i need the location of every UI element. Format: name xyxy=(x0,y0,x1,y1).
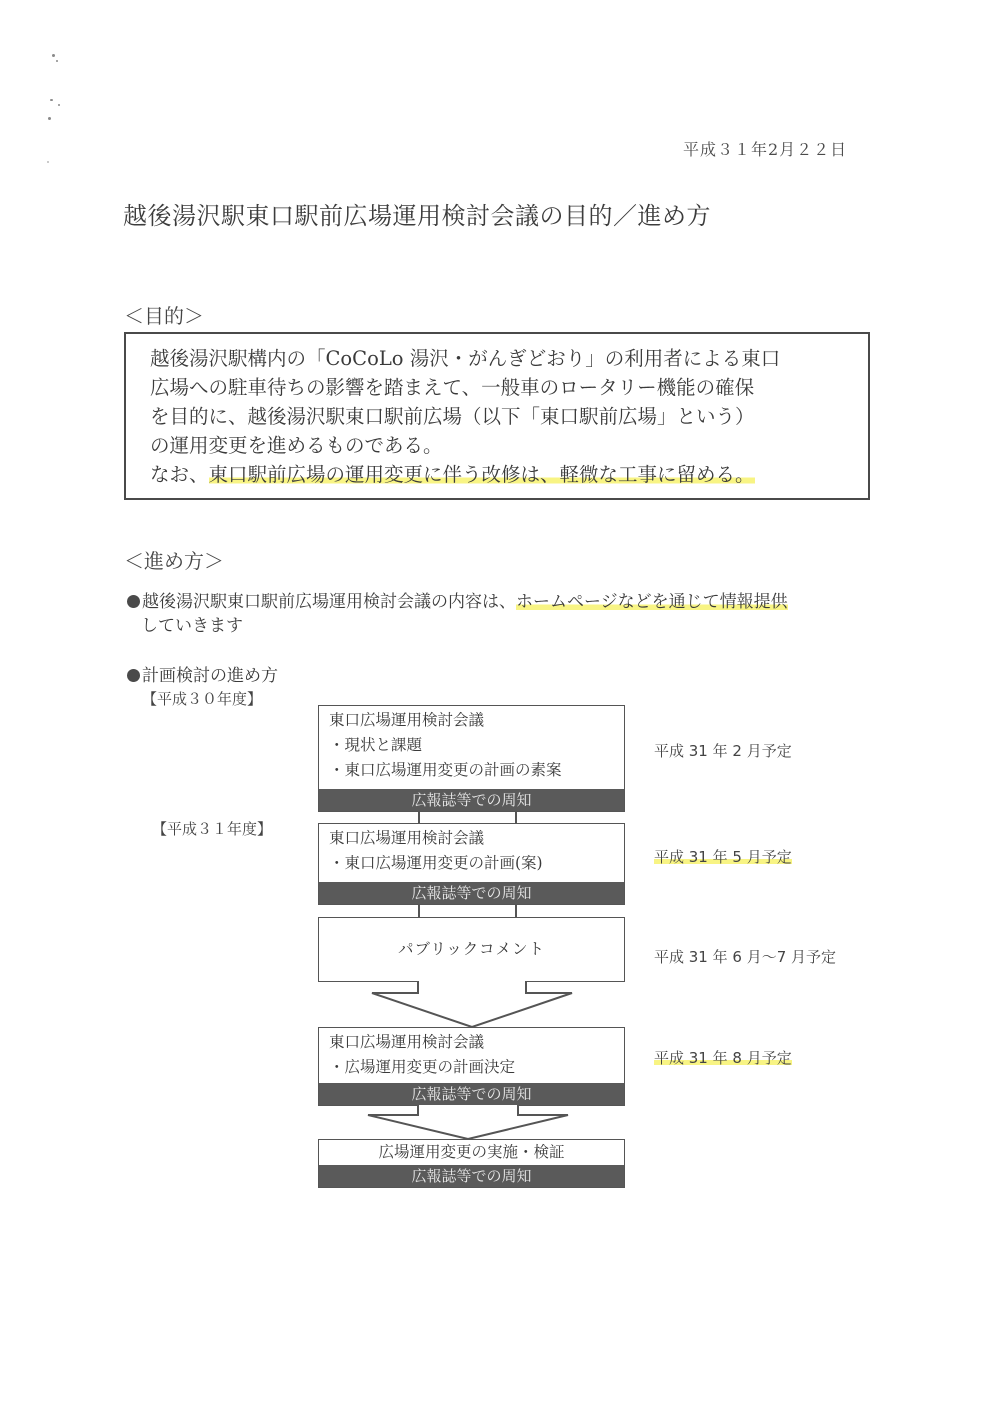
down-arrow-icon xyxy=(370,981,574,1028)
step-title: 広場運用変更の実施・検証 xyxy=(319,1140,624,1164)
schedule-step-1: 平成 31 年 2 月予定 xyxy=(654,740,792,761)
flow-step-4: 東口広場運用検討会議 ・広場運用変更の計画決定 広報誌等での周知 xyxy=(318,1027,625,1106)
bullet-icon xyxy=(127,669,140,682)
approach-bullet-1: 越後湯沢駅東口駅前広場運用検討会議の内容は、ホームページなどを通じて情報提供 し… xyxy=(127,590,897,638)
scan-mark xyxy=(50,99,53,101)
schedule-step-4: 平成 31 年 8 月予定 xyxy=(654,1047,792,1068)
bullet-text-continued: していきます xyxy=(141,616,243,636)
flow-step-3: パブリックコメント xyxy=(318,917,625,982)
scan-mark xyxy=(52,54,55,57)
scan-mark xyxy=(47,161,49,163)
flow-step-5: 広場運用変更の実施・検証 広報誌等での周知 xyxy=(318,1139,625,1188)
flow-step-2: 東口広場運用検討会議 ・東口広場運用変更の計画(案) 広報誌等での周知 xyxy=(318,823,625,905)
purpose-line: 越後湯沢駅構内の「CoCoLo 湯沢・がんぎどおり」の利用者による東口 xyxy=(150,344,856,373)
bullet-text: 越後湯沢駅東口駅前広場運用検討会議の内容は、 xyxy=(142,592,516,612)
step-item: ・東口広場運用変更の計画の素案 xyxy=(329,758,624,783)
step-item: ・広場運用変更の計画決定 xyxy=(329,1055,624,1080)
purpose-note: なお、東口駅前広場の運用変更に伴う改修は、軽微な工事に留める。 xyxy=(150,460,856,489)
schedule-step-2: 平成 31 年 5 月予定 xyxy=(654,846,792,867)
step-notice-bar: 広報誌等での周知 xyxy=(319,789,624,811)
step-title: 東口広場運用検討会議 xyxy=(329,708,624,733)
year-label-h31: 【平成３１年度】 xyxy=(152,818,272,839)
bullet-icon xyxy=(127,595,140,608)
step-item: ・現状と課題 xyxy=(329,733,624,758)
highlighted-text: 平成 31 年 8 月予定 xyxy=(654,1049,792,1067)
down-arrow-icon xyxy=(366,1105,570,1140)
step-item: ・東口広場運用変更の計画(案) xyxy=(329,851,624,876)
approach-heading: ＜進め方＞ xyxy=(124,545,224,574)
scan-mark xyxy=(56,60,58,62)
purpose-line: の運用変更を進めるものである。 xyxy=(150,431,856,460)
bullet-text: 計画検討の進め方 xyxy=(142,666,278,686)
step-title: パブリックコメント xyxy=(319,918,624,980)
scan-mark xyxy=(48,117,51,120)
step-notice-bar: 広報誌等での周知 xyxy=(319,882,624,904)
purpose-line: を目的に、越後湯沢駅東口駅前広場（以下「東口駅前広場」という） xyxy=(150,402,856,431)
purpose-line: 広場への駐車待ちの影響を踏まえて、一般車のロータリー機能の確保 xyxy=(150,373,856,402)
scan-mark xyxy=(58,104,60,106)
highlighted-text: 東口駅前広場の運用変更に伴う改修は、軽微な工事に留める。 xyxy=(209,463,755,486)
highlighted-text: ホームページなどを通じて情報提供 xyxy=(516,592,788,612)
schedule-step-3: 平成 31 年 6 月～7 月予定 xyxy=(654,946,836,967)
step-title: 東口広場運用検討会議 xyxy=(329,826,624,851)
highlighted-text: 平成 31 年 5 月予定 xyxy=(654,848,792,866)
step-notice-bar: 広報誌等での周知 xyxy=(319,1083,624,1105)
purpose-note-prefix: なお、 xyxy=(150,463,209,486)
document-title: 越後湯沢駅東口駅前広場運用検討会議の目的／進め方 xyxy=(123,196,711,231)
flow-step-1: 東口広場運用検討会議 ・現状と課題 ・東口広場運用変更の計画の素案 広報誌等での… xyxy=(318,705,625,812)
document-date: 平成３１年2月２２日 xyxy=(683,137,847,160)
step-notice-bar: 広報誌等での周知 xyxy=(319,1165,624,1187)
step-title: 東口広場運用検討会議 xyxy=(329,1030,624,1055)
approach-bullet-2: 計画検討の進め方 xyxy=(127,664,278,688)
year-label-h30: 【平成３０年度】 xyxy=(142,688,262,709)
purpose-heading: ＜目的＞ xyxy=(124,300,204,329)
purpose-box: 越後湯沢駅構内の「CoCoLo 湯沢・がんぎどおり」の利用者による東口 広場への… xyxy=(124,332,870,500)
